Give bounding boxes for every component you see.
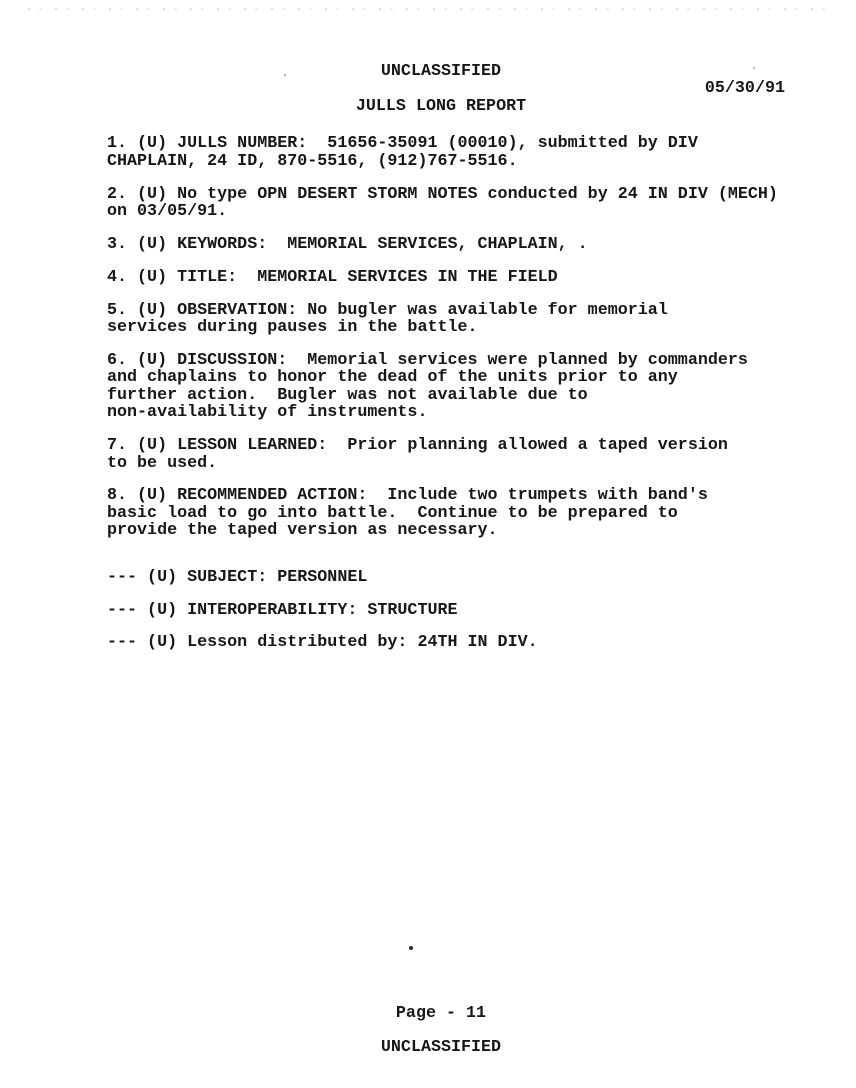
classification-banner-top: UNCLASSIFIED [107, 63, 775, 80]
document-page: UNCLASSIFIED 05/30/91 JULLS LONG REPORT … [0, 0, 856, 1088]
report-body: 1. (U) JULLS NUMBER: 51656-35091 (00010)… [107, 135, 856, 652]
paragraph-observation: 5. (U) OBSERVATION: No bugler was availa… [107, 302, 856, 337]
scan-speck [409, 946, 413, 950]
classification-banner-bottom: UNCLASSIFIED [107, 1039, 775, 1056]
page-number: Page - 11 [107, 1005, 775, 1022]
scan-speck [753, 67, 755, 69]
footnote-distribution: --- (U) Lesson distributed by: 24TH IN D… [107, 634, 856, 651]
scan-noise [28, 8, 828, 10]
document-header: UNCLASSIFIED 05/30/91 JULLS LONG REPORT [0, 63, 856, 115]
paragraph-recommended-action: 8. (U) RECOMMENDED ACTION: Include two t… [107, 487, 856, 539]
paragraph-keywords: 3. (U) KEYWORDS: MEMORIAL SERVICES, CHAP… [107, 236, 856, 253]
scan-speck [284, 74, 286, 76]
footnote-subject: --- (U) SUBJECT: PERSONNEL [107, 569, 856, 586]
footnote-interoperability: --- (U) INTEROPERABILITY: STRUCTURE [107, 602, 856, 619]
report-date: 05/30/91 [0, 80, 856, 97]
paragraph-lesson-learned: 7. (U) LESSON LEARNED: Prior planning al… [107, 437, 856, 472]
paragraph-julls-number: 1. (U) JULLS NUMBER: 51656-35091 (00010)… [107, 135, 856, 170]
paragraph-title: 4. (U) TITLE: MEMORIAL SERVICES IN THE F… [107, 269, 856, 286]
report-title: JULLS LONG REPORT [107, 98, 775, 115]
paragraph-operation: 2. (U) No type OPN DESERT STORM NOTES co… [107, 186, 856, 221]
document-footer: Page - 11 UNCLASSIFIED [107, 1005, 775, 1057]
paragraph-discussion: 6. (U) DISCUSSION: Memorial services wer… [107, 352, 856, 422]
